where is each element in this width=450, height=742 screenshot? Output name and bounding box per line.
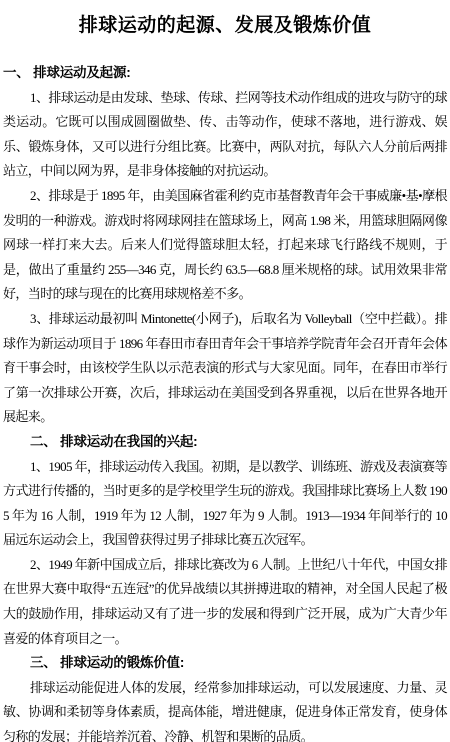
document-title: 排球运动的起源、发展及锻炼价值 — [3, 12, 447, 40]
section-2-heading: 二、 排球运动在我国的兴起: — [3, 430, 447, 455]
section-1-paragraph-1: 1、排球运动是由发球、垫球、传球、拦网等技术动作组成的进攻与防守的球类运动。它既… — [3, 86, 447, 184]
section-1-paragraph-2: 2、排球是于 1895 年，由美国麻省霍利约克市基督教青年会干事威廉•基•摩根发… — [3, 184, 447, 307]
section-1-paragraph-3: 3、排球运动最初叫 Mintonette(小网子)，后取名为 Volleybal… — [3, 307, 447, 430]
section-1-heading: 一、 排球运动及起源: — [3, 61, 447, 86]
section-3-heading: 三、 排球运动的锻炼价值: — [3, 651, 447, 676]
section-3-paragraph-1: 排球运动能促进人体的发展，经常参加排球运动，可以发展速度、力量、灵敏、协调和柔韧… — [3, 676, 447, 742]
document-page: 排球运动的起源、发展及锻炼价值 一、 排球运动及起源: 1、排球运动是由发球、垫… — [0, 0, 450, 742]
section-2-paragraph-1: 1、1905 年，排球运动传入我国。初期，是以教学、训练班、游戏及表演赛等方式进… — [3, 455, 447, 553]
section-2-paragraph-2: 2、1949 年新中国成立后，排球比赛改为 6 人制。上世纪八十年代，中国女排在… — [3, 553, 447, 651]
